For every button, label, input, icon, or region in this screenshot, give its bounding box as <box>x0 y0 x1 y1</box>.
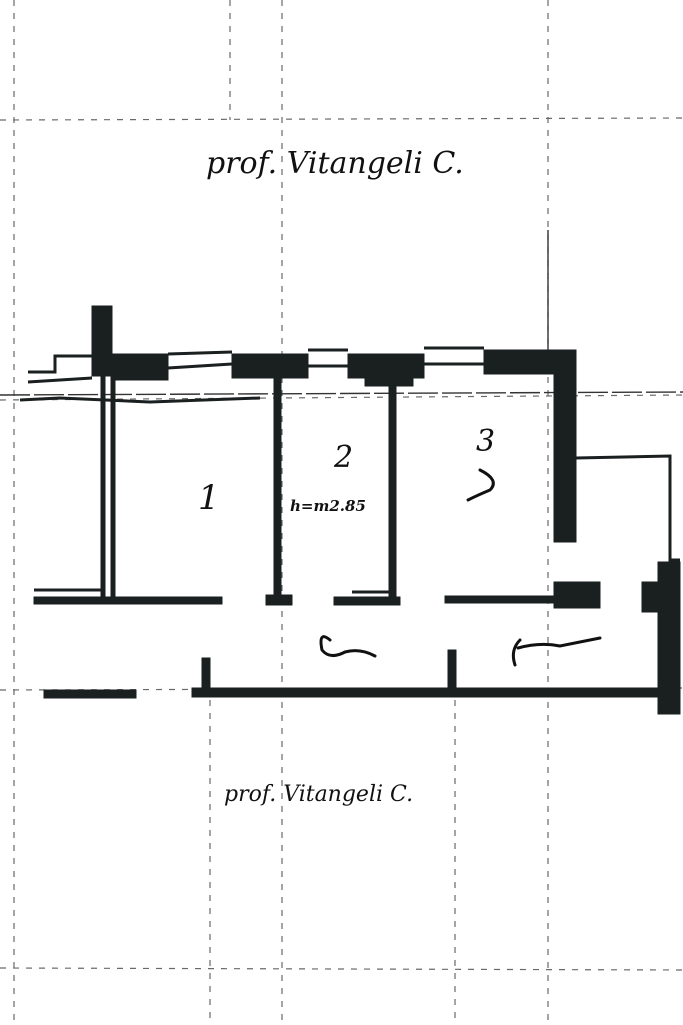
room-2-height: h=m2.85 <box>290 497 366 515</box>
room-number-1: 1 <box>198 478 220 518</box>
room-number-3: 3 <box>476 424 495 459</box>
owner-label-bottom: prof. Vitangeli C. <box>224 782 413 807</box>
room-number-2: 2 <box>334 440 353 475</box>
owner-label-top: prof. Vitangeli C. <box>206 146 464 181</box>
